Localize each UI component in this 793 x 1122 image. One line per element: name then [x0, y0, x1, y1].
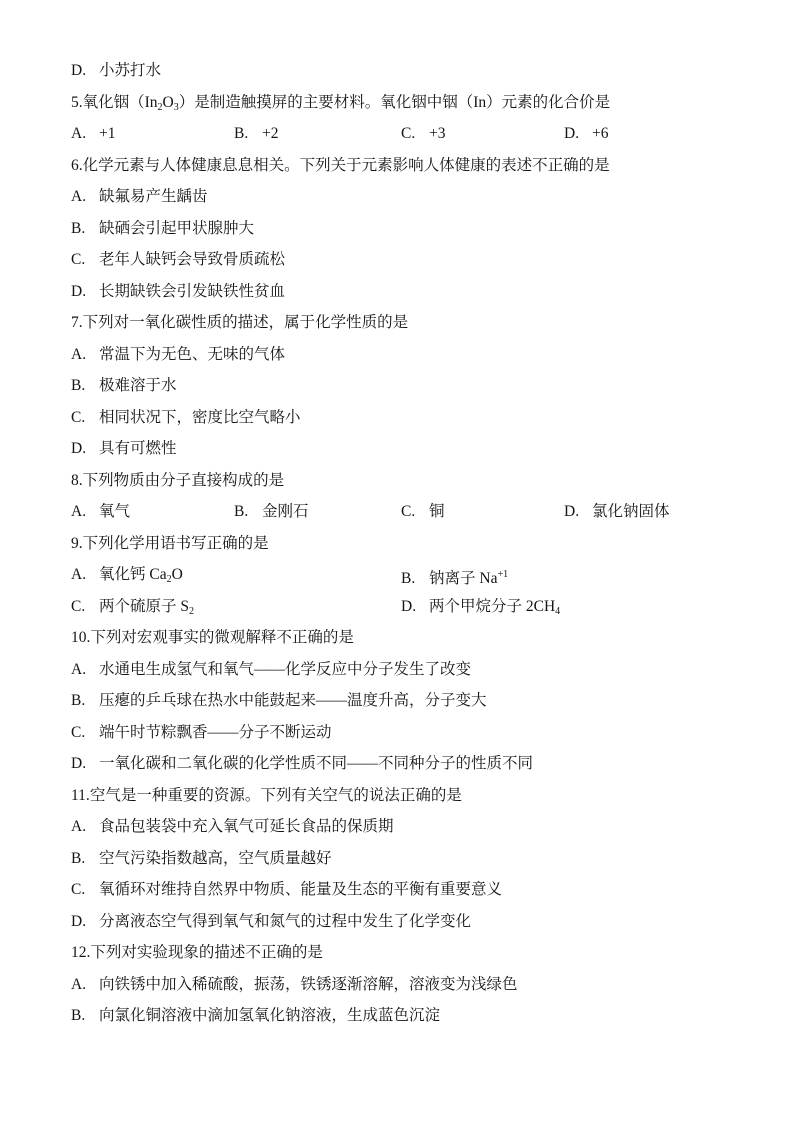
option-label: A.: [71, 496, 99, 528]
option-label: B.: [71, 213, 99, 245]
q6-option-b: B.缺硒会引起甲状腺肿大: [71, 213, 737, 245]
option-text: 具有可燃性: [99, 440, 177, 457]
option-label: C.: [71, 874, 99, 906]
formula-subscript: 4: [555, 606, 560, 617]
option-label: C.: [71, 244, 99, 276]
option-text: 压瘪的乒乓球在热水中能鼓起来——温度升高，分子变大: [99, 692, 487, 709]
q8-option-b: B.金刚石: [234, 496, 309, 528]
option-label: A.: [71, 181, 99, 213]
q11-option-d: D.分离液态空气得到氧气和氮气的过程中发生了化学变化: [71, 906, 737, 938]
option-label: B.: [234, 496, 262, 528]
option-label: C.: [71, 402, 99, 434]
q9-option-b: B.钠离子 Na+1: [401, 559, 508, 595]
option-label: A.: [71, 559, 99, 591]
option-label: A.: [71, 654, 99, 686]
option-text: 食品包装袋中充入氧气可延长食品的保质期: [99, 818, 394, 835]
stem-text: O: [163, 94, 174, 111]
option-text: 相同状况下，密度比空气略小: [99, 409, 301, 426]
stem-text: 下列对实验现象的描述不正确的是: [90, 944, 323, 961]
q6-option-d: D.长期缺铁会引发缺铁性贫血: [71, 276, 737, 308]
question-number: 10.: [71, 629, 90, 646]
option-label: C.: [71, 591, 99, 623]
q12-option-a: A.向铁锈中加入稀硫酸，振荡，铁锈逐渐溶解，溶液变为浅绿色: [71, 969, 737, 1001]
option-text: 一氧化碳和二氧化碳的化学性质不同——不同种分子的性质不同: [99, 755, 533, 772]
q5-options-row: A.+1 B.+2 C.+3 D.+6: [71, 118, 737, 150]
q10-option-b: B.压瘪的乒乓球在热水中能鼓起来——温度升高，分子变大: [71, 685, 737, 717]
stem-text: 空气是一种重要的资源。下列有关空气的说法正确的是: [90, 787, 462, 804]
formula-subscript: 2: [189, 606, 194, 617]
question-number: 5.: [71, 94, 83, 111]
q9-options-row-1: A.氧化钙 Ca2O B.钠离子 Na+1: [71, 559, 737, 591]
option-text: 缺硒会引起甲状腺肿大: [99, 220, 254, 237]
q9-options-row-2: C.两个硫原子 S2 D.两个甲烷分子 2CH4: [71, 591, 737, 623]
q7-option-b: B.极难溶于水: [71, 370, 737, 402]
option-text: 两个硫原子 S: [99, 598, 189, 615]
option-text: +3: [429, 125, 446, 142]
q9-stem: 9.下列化学用语书写正确的是: [71, 528, 737, 560]
q12-stem: 12.下列对实验现象的描述不正确的是: [71, 937, 737, 969]
option-label: A.: [71, 339, 99, 371]
option-text: 金刚石: [262, 503, 309, 520]
option-text: 极难溶于水: [99, 377, 177, 394]
option-label: B.: [71, 370, 99, 402]
option-text: +1: [99, 125, 116, 142]
option-text: 分离液态空气得到氧气和氮气的过程中发生了化学变化: [99, 913, 471, 930]
option-text: 常温下为无色、无味的气体: [99, 346, 285, 363]
question-number: 9.: [71, 535, 83, 552]
q10-stem: 10.下列对宏观事实的微观解释不正确的是: [71, 622, 737, 654]
q7-stem: 7.下列对一氧化碳性质的描述，属于化学性质的是: [71, 307, 737, 339]
q11-option-c: C.氧循环对维持自然界中物质、能量及生态的平衡有重要意义: [71, 874, 737, 906]
q6-option-a: A.缺氟易产生龋齿: [71, 181, 737, 213]
option-label: B.: [234, 118, 262, 150]
q5-option-a: A.+1: [71, 118, 116, 150]
option-text: O: [172, 566, 183, 583]
stem-text: 下列对宏观事实的微观解释不正确的是: [90, 629, 354, 646]
q8-options-row: A.氧气 B.金刚石 C.铜 D.氯化钠固体: [71, 496, 737, 528]
option-label: C.: [401, 496, 429, 528]
stem-text: 下列物质由分子直接构成的是: [83, 472, 285, 489]
option-text: 氧气: [99, 503, 130, 520]
q5-option-b: B.+2: [234, 118, 279, 150]
option-text: 氯化钠固体: [592, 503, 670, 520]
q6-option-c: C.老年人缺钙会导致骨质疏松: [71, 244, 737, 276]
option-text: 老年人缺钙会导致骨质疏松: [99, 251, 285, 268]
option-label: D.: [401, 591, 429, 623]
question-number: 6.: [71, 157, 83, 174]
option-label: D.: [71, 276, 99, 308]
q8-stem: 8.下列物质由分子直接构成的是: [71, 465, 737, 497]
option-text: 端午时节粽飘香——分子不断运动: [99, 724, 332, 741]
question-number: 12.: [71, 944, 90, 961]
option-text: 长期缺铁会引发缺铁性贫血: [99, 283, 285, 300]
option-label: B.: [71, 1000, 99, 1032]
option-label: D.: [564, 118, 592, 150]
q12-option-b: B.向氯化铜溶液中滴加氢氧化钠溶液，生成蓝色沉淀: [71, 1000, 737, 1032]
q5-option-d: D.+6: [564, 118, 609, 150]
option-text: 向氯化铜溶液中滴加氢氧化钠溶液，生成蓝色沉淀: [99, 1007, 440, 1024]
q8-option-a: A.氧气: [71, 496, 130, 528]
exam-content: D.小苏打水 5.氧化铟（In2O3）是制造触摸屏的主要材料。氧化铟中铟（In）…: [71, 55, 737, 1032]
option-text: 氧化钙 Ca: [99, 566, 167, 583]
stem-text: 下列化学用语书写正确的是: [83, 535, 269, 552]
q5-option-c: C.+3: [401, 118, 446, 150]
option-label: A.: [71, 969, 99, 1001]
option-text: 氧循环对维持自然界中物质、能量及生态的平衡有重要意义: [99, 881, 502, 898]
q6-stem: 6.化学元素与人体健康息息相关。下列关于元素影响人体健康的表述不正确的是: [71, 150, 737, 182]
q8-option-c: C.铜: [401, 496, 445, 528]
stem-text: 氧化铟（In: [83, 94, 158, 111]
q7-option-d: D.具有可燃性: [71, 433, 737, 465]
option-label: B.: [71, 843, 99, 875]
q4-option-d: D.小苏打水: [71, 55, 737, 87]
q10-option-c: C.端午时节粽飘香——分子不断运动: [71, 717, 737, 749]
option-text: 铜: [429, 503, 445, 520]
q11-stem: 11.空气是一种重要的资源。下列有关空气的说法正确的是: [71, 780, 737, 812]
option-label: D.: [71, 906, 99, 938]
option-label: C.: [401, 118, 429, 150]
option-text: 空气污染指数越高，空气质量越好: [99, 850, 332, 867]
option-label: A.: [71, 118, 99, 150]
option-text: 钠离子 Na: [429, 570, 497, 587]
q11-option-a: A.食品包装袋中充入氧气可延长食品的保质期: [71, 811, 737, 843]
option-text: 两个甲烷分子 2CH: [429, 598, 555, 615]
option-label: A.: [71, 811, 99, 843]
q10-option-a: A.水通电生成氢气和氧气——化学反应中分子发生了改变: [71, 654, 737, 686]
question-number: 8.: [71, 472, 83, 489]
question-number: 7.: [71, 314, 83, 331]
q10-option-d: D.一氧化碳和二氧化碳的化学性质不同——不同种分子的性质不同: [71, 748, 737, 780]
option-text: 缺氟易产生龋齿: [99, 188, 208, 205]
option-label: D.: [71, 55, 99, 87]
question-number: 11.: [71, 787, 90, 804]
formula-superscript: +1: [497, 569, 508, 580]
option-label: B.: [71, 685, 99, 717]
option-text: 小苏打水: [99, 62, 161, 79]
q11-option-b: B.空气污染指数越高，空气质量越好: [71, 843, 737, 875]
option-text: +6: [592, 125, 609, 142]
option-label: C.: [71, 717, 99, 749]
option-text: +2: [262, 125, 279, 142]
q5-stem: 5.氧化铟（In2O3）是制造触摸屏的主要材料。氧化铟中铟（In）元素的化合价是: [71, 87, 737, 119]
option-label: D.: [71, 748, 99, 780]
stem-text: 下列对一氧化碳性质的描述，属于化学性质的是: [83, 314, 409, 331]
stem-text: ）是制造触摸屏的主要材料。氧化铟中铟（In）元素的化合价是: [179, 94, 610, 111]
q7-option-c: C.相同状况下，密度比空气略小: [71, 402, 737, 434]
option-label: D.: [564, 496, 592, 528]
q8-option-d: D.氯化钠固体: [564, 496, 670, 528]
exam-document-page: D.小苏打水 5.氧化铟（In2O3）是制造触摸屏的主要材料。氧化铟中铟（In）…: [0, 0, 793, 1122]
option-text: 向铁锈中加入稀硫酸，振荡，铁锈逐渐溶解，溶液变为浅绿色: [99, 976, 518, 993]
option-label: D.: [71, 433, 99, 465]
q7-option-a: A.常温下为无色、无味的气体: [71, 339, 737, 371]
option-text: 水通电生成氢气和氧气——化学反应中分子发生了改变: [99, 661, 471, 678]
stem-text: 化学元素与人体健康息息相关。下列关于元素影响人体健康的表述不正确的是: [83, 157, 610, 174]
